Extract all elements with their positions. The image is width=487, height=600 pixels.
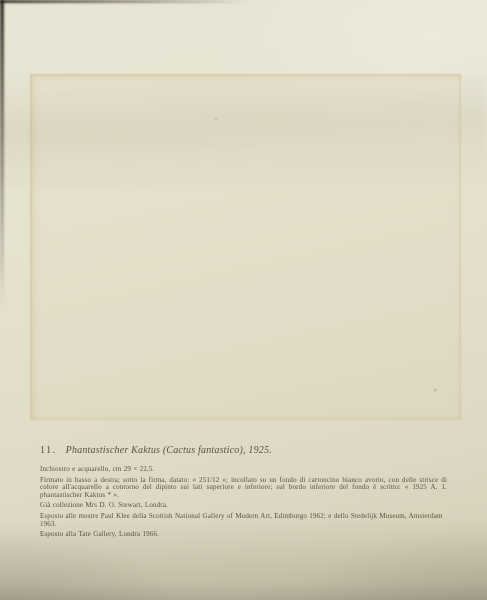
exhibitions-paragraph: Esposto alle mostre Paul Klee della Scot… xyxy=(40,513,447,528)
paper-speck xyxy=(214,118,218,120)
medium-line: Inchiostro e acquarello, cm 29 × 22,5. xyxy=(40,466,447,473)
paper-speck xyxy=(434,389,437,391)
provenance-line: Già collezione Mrs D. O. Stewart, Londra… xyxy=(40,502,447,509)
photo-edge-top xyxy=(0,0,252,3)
title-line: 11.Phantastischer Kaktus (Cactus fantast… xyxy=(40,445,447,457)
plate-ghost-mark xyxy=(30,74,461,420)
book-page: 11.Phantastischer Kaktus (Cactus fantast… xyxy=(0,0,487,600)
catalog-number: 11. xyxy=(40,445,57,456)
photo-edge-left xyxy=(0,0,4,310)
book-scan-photo: 11.Phantastischer Kaktus (Cactus fantast… xyxy=(0,0,487,600)
exhibition-tate-line: Esposto alla Tate Gallery, Londra 1966. xyxy=(40,531,447,538)
artwork-title: Phantastischer Kaktus (Cactus fantastico… xyxy=(66,445,272,456)
description-paragraph: Firmato in basso a destra; sotto la firm… xyxy=(40,477,447,499)
artwork-caption: 11.Phantastischer Kaktus (Cactus fantast… xyxy=(40,445,447,542)
